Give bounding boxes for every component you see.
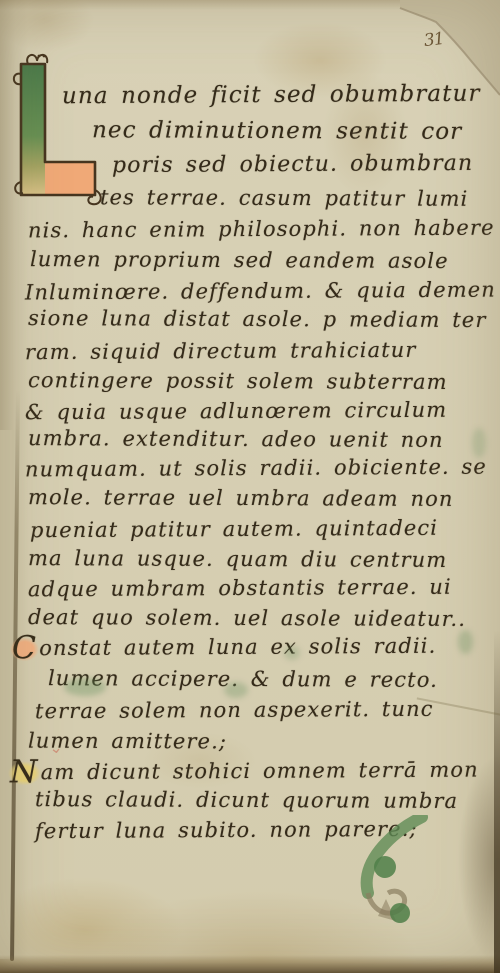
text-line: lumen proprium sed eandem asole [30, 249, 449, 272]
text-line: lumen accipere. & dum e recto. [48, 668, 438, 691]
text-line: mole. terrae uel umbra adeam non [28, 487, 454, 510]
text-line: numquam. ut solis radii. obiciente. se [25, 457, 487, 481]
manuscript-page: 31 una nonde ficit sed obumbraturnec dim… [0, 0, 500, 973]
text-line: & quia usque adlunœrem circulum [25, 400, 447, 424]
text-line: ram. siquid directum trahiciatur [25, 340, 417, 363]
text-line: poris sed obiectu. obumbran [112, 153, 473, 177]
text-line: tes terrae. casum patitur lumi [100, 187, 468, 210]
text-line: pueniat patitur autem. quintadeci [30, 518, 438, 541]
text-line: deat quo solem. uel asole uideatur.. [28, 607, 466, 630]
versal-initial: N [8, 761, 41, 785]
text-line: sione luna distat asole. p mediam ter [28, 308, 487, 331]
text-line: nec diminutionem sentit cor [92, 119, 462, 144]
text-line: tibus claudi. dicunt quorum umbra [35, 789, 458, 812]
verso-flourish-icon [330, 815, 440, 940]
text-line: nis. hanc enim philosophi. non habere [28, 218, 495, 242]
text-line: terrae solem non aspexerit. tunc [35, 699, 434, 722]
text-line: Constat autem luna ex solis radii. [10, 635, 436, 661]
text-line: umbra. extenditur. adeo uenit non [28, 428, 444, 451]
versal-initial: C [10, 637, 39, 661]
text-line: ma luna usque. quam diu centrum [28, 548, 447, 571]
text-line: Inluminœre. deffendum. & quia demen [25, 280, 496, 304]
text-line: una nonde ficit sed obumbratur [62, 83, 481, 109]
text-line: contingere possit solem subterram [28, 370, 448, 393]
text-line: adque umbram obstantis terrae. ui [28, 577, 452, 601]
text-line: Nam dicunt stohici omnem terrā mon [8, 759, 479, 786]
caret-mark: ⌄ [48, 737, 64, 758]
